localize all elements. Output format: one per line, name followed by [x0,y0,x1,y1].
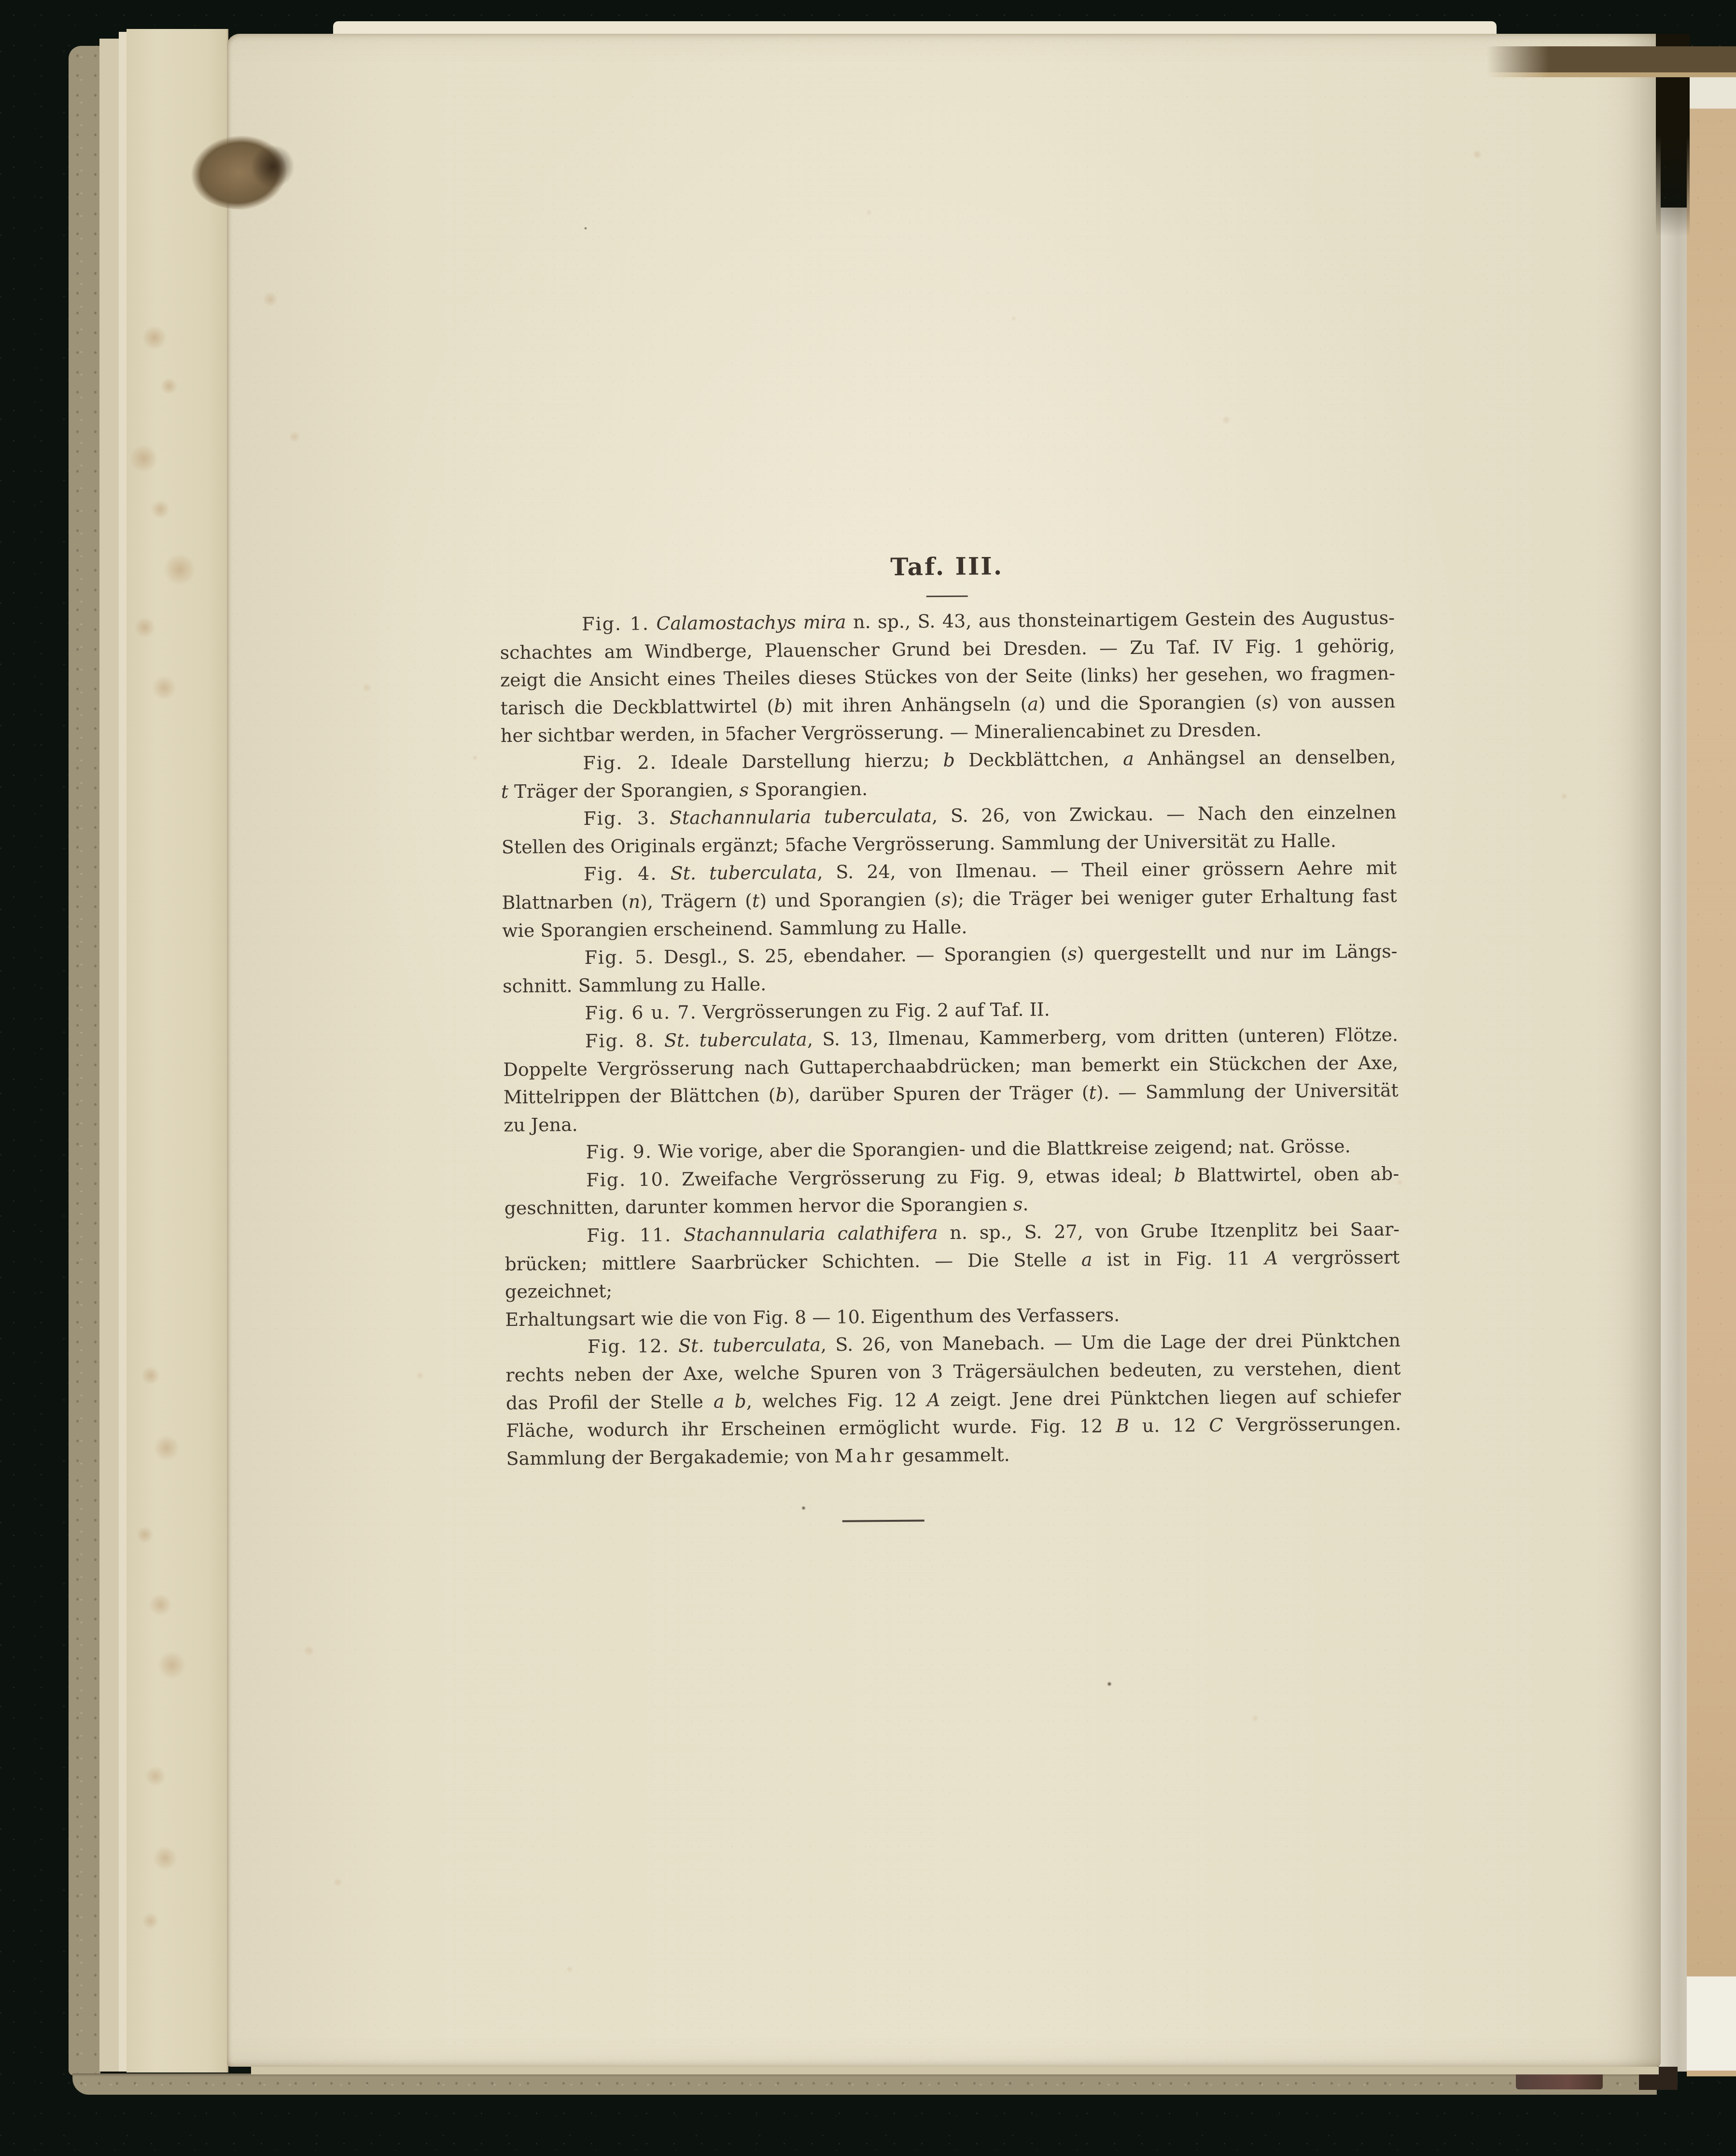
body-text [657,807,670,829]
body-text [669,1335,678,1357]
italic-text: s [1013,1194,1023,1215]
paragraphs: Fig. 1. Calamostachys mira n. sp., S. 43… [500,604,1401,1473]
italic-text: n [628,891,640,912]
body-text: zeigt. Jene drei Pünktchen liegen auf sc… [940,1385,1401,1410]
figure-label: Fig. 10. [586,1168,671,1190]
body-text: Vergrösserungen zu Fig. 2 auf Taf. II. [697,999,1050,1023]
body-text: n. sp., S. 43, aus thonsteinartigem Gest… [846,607,1395,633]
body-text: Stellen des Originals ergänzt; 5fache Ve… [502,830,1336,858]
body-text: Zweifache Vergrösserung zu Fig. 9, etwas… [671,1165,1174,1190]
body-text: ) von aussen [1272,690,1396,712]
body-text: . [1022,1194,1028,1215]
page-block-bottom-edge [251,2067,1659,2074]
figure-label: Fig. 5. [584,946,654,968]
figure-label: Fig. 11. [587,1224,672,1246]
figure-label: Fig. 9. [586,1141,653,1163]
italic-text: C [1209,1415,1223,1436]
body-text [655,1030,664,1051]
body-text: Erhaltungsart wie die von Fig. 8 — 10. E… [505,1304,1120,1330]
figure-label: Fig. 12. [588,1335,670,1357]
body-text [657,863,670,884]
italic-text: Calamostachys mira [656,612,846,634]
italic-text: St. tuberculata [678,1335,821,1357]
body-text: her sichtbar werden, in 5facher Vergröss… [501,719,1262,746]
plate-white-margin-top [1687,73,1736,109]
body-text: tarisch die Deckblattwirtel ( [500,695,774,719]
next-leaf-plate-page [1687,73,1736,2076]
figure-label: Fig. 6 u. 7. [585,1001,697,1024]
body-text: Sammlung der Bergakademie; von [506,1446,835,1469]
body-text: Wie vorige, aber die Sporangien- und die… [652,1136,1351,1162]
body-text: geschnitten, darunter kommen hervor die … [504,1194,1013,1219]
figure-label: Fig. 3. [583,807,657,829]
gutter-page-curve [1659,208,1687,2072]
body-text: schnitt. Sammlung zu Halle. [503,974,766,997]
body-text: gesammelt. [896,1444,1010,1466]
body-text: Mahr [834,1445,896,1467]
body-text [649,613,657,634]
body-text: , S. 24, von Ilmenau. — Theil einer grös… [817,857,1397,883]
body-text: Vergrösserungen. [1223,1413,1401,1436]
italic-text: b [774,695,786,716]
figure-label: Fig. 8. [585,1030,655,1052]
body-text: ist in Fig. 11 [1092,1248,1264,1270]
figure-label: Fig. 1. [582,613,649,635]
body-text: Desgl., S. 25, ebendaher. — Sporangien ( [654,943,1067,968]
body-text: zeigt die Ansicht eines Theiles dieses S… [500,663,1395,691]
italic-text: b [775,1085,787,1106]
italic-text: Stachannularia calathifera [684,1222,938,1245]
figure-label: Fig. 2. [583,752,657,774]
italic-text: A [1264,1247,1278,1268]
body-text: , S. 26, von Zwickau. — Nach den einzeln… [932,802,1396,827]
body-text: ); die Träger bei weniger guter Erhaltun… [951,885,1397,910]
italic-text: a [1123,748,1134,769]
italic-text: t [501,781,509,802]
italic-text: s [941,889,951,910]
body-text: Anhängsel an denselben, [1134,746,1396,769]
body-text: brücken; mittlere Saarbrücker Schichten.… [504,1249,1081,1275]
underlying-leaf-edge [126,29,228,2073]
italic-text: a b [714,1391,746,1412]
body-text: zu Jena. [504,1114,578,1136]
figure-label: Fig. 4. [584,863,658,885]
body-text: ) und die Sporangien ( [1038,692,1262,715]
body-text: ) und Sporangien ( [759,889,941,911]
book-scan: Taf. III. Fig. 1. Calamostachys mira n. … [0,0,1736,2156]
body-text: , S. 13, Ilmenau, Kammerberg, vom dritte… [807,1024,1398,1050]
body-text: ), darüber Spuren der Träger ( [787,1082,1089,1106]
body-text: ) quergestellt und nur im Längs- [1077,941,1398,964]
body-text: Fläche, wodurch ihr Erscheinen ermöglich… [506,1416,1116,1442]
italic-text: B [1116,1415,1129,1436]
italic-text: a [1027,693,1038,714]
body-text: n. sp., S. 27, von Grube Itzenplitz bei … [938,1219,1400,1244]
cover-board-bottom-edge [72,2073,1657,2095]
body-text: ) mit ihren Anhängseln ( [785,693,1027,716]
body-text: ). — Sammlung der Universität [1096,1080,1399,1103]
plate-tan-paper [1687,109,1736,1976]
italic-text: s [1262,692,1272,713]
italic-text: s [739,779,749,800]
italic-text: s [1067,943,1077,964]
body-text: Sporangien. [749,778,868,800]
worn-cover-hole [251,145,294,188]
body-text: ), Trägern ( [640,890,752,912]
body-text: Doppelte Vergrösserung nach Guttaperchaa… [503,1052,1398,1080]
text-line: brücken; mittlere Saarbrücker Schichten.… [504,1243,1400,1306]
italic-text: A [927,1389,940,1410]
body-text: das Profil der Stelle [506,1391,714,1413]
italic-text: St. tuberculata [664,1029,807,1051]
body-text: Träger der Sporangien, [508,779,740,802]
cover-top-edge [1487,46,1736,72]
body-text: , welches Fig. 12 [746,1389,927,1412]
italic-text: St. tuberculata [670,862,817,884]
italic-text: b [943,750,955,771]
heading-rule [926,596,968,598]
body-text: wie Sporangien erscheinend. Sammlung zu … [502,916,967,941]
body-text: schachtes am Windberge, Plauenscher Grun… [500,635,1395,663]
page-stack-edge [99,39,119,2072]
body-text: Blattwirtel, oben ab- [1186,1163,1399,1186]
page-stack-edge [119,32,126,2072]
plate-bottom-edge [1687,2071,1736,2076]
body-text: u. 12 [1129,1415,1209,1436]
italic-text: a [1081,1249,1092,1270]
italic-text: b [1174,1165,1186,1186]
cover-board-left-edge [69,46,100,2075]
cover-top-edge-light [1487,72,1736,77]
body-text: , S. 26, von Manebach. — Um die Lage der… [821,1330,1400,1355]
italic-text: t [752,890,760,911]
body-text [672,1224,684,1245]
body-text: rechts neben der Axe, welche Spuren von … [505,1358,1400,1386]
body-text: Mittelrippen der Blättchen ( [504,1085,776,1108]
body-text: Deckblättchen, [955,748,1123,771]
text-column: Taf. III. Fig. 1. Calamostachys mira n. … [499,548,1402,1525]
italic-text: Stachannularia tuberculata [670,805,932,828]
italic-text: t [1089,1082,1097,1103]
body-text: Blattnarben ( [502,891,629,913]
body-text: Ideale Darstellung hierzu; [657,750,943,773]
plate-white-margin-bottom [1687,1976,1736,2071]
plate-heading: Taf. III. [499,548,1394,586]
